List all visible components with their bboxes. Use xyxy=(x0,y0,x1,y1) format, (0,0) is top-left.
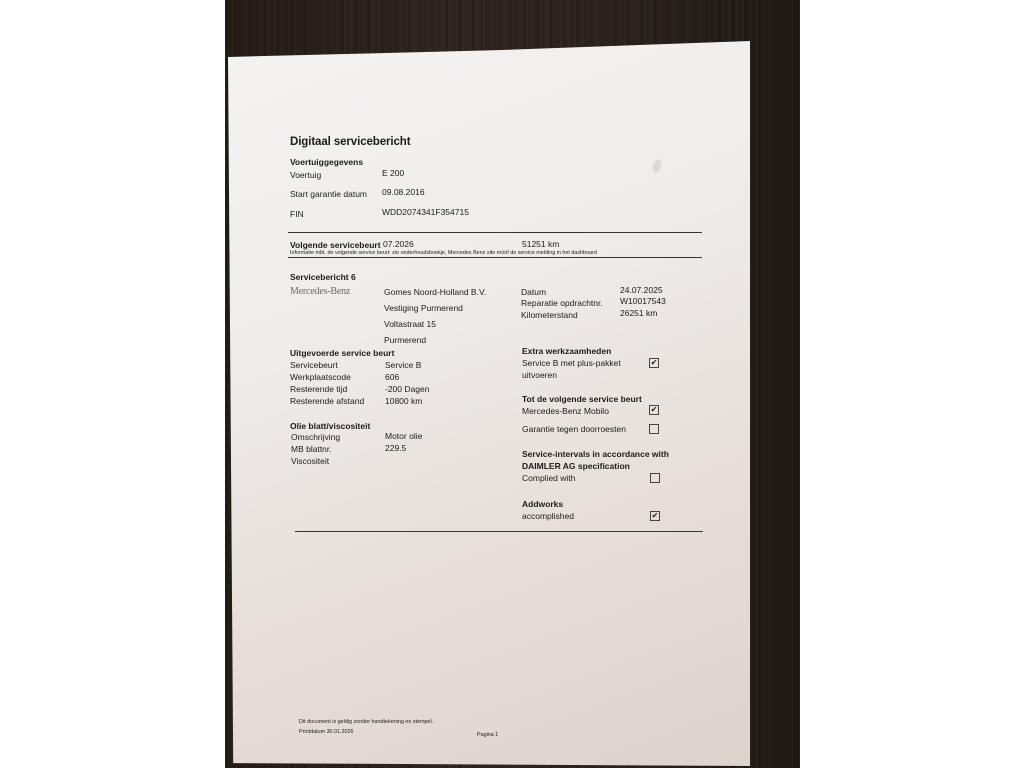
divider-line xyxy=(288,232,702,233)
extra-work-heading: Extra werkzaamheden xyxy=(522,346,611,356)
rust-warranty-checkbox[interactable] xyxy=(649,424,659,434)
rust-warranty-label: Garantie tegen doorroesten xyxy=(522,424,626,434)
workshop-code-value: 606 xyxy=(385,372,399,382)
divider-line xyxy=(295,531,703,532)
report-date-value: 24.07.2025 xyxy=(620,285,663,295)
mb-sheet-number-value: 229.5 xyxy=(385,443,406,453)
workshop-code-label: Werkplaatscode xyxy=(290,372,351,382)
performed-service-heading: Uitgevoerde service beurt xyxy=(290,348,394,358)
viscosity-label: Viscositeit xyxy=(291,456,329,466)
dealer-branch: Vestiging Purmerend xyxy=(384,303,463,313)
remaining-time-value: -200 Dagen xyxy=(385,384,429,394)
report-date-label: Datum xyxy=(521,287,546,297)
next-service-label: Volgende servicebeurt xyxy=(290,240,381,250)
page-number: Pagina 1 xyxy=(477,732,498,738)
service-report-heading: Servicebericht 6 xyxy=(290,272,356,282)
dealer-street: Voltastraat 15 xyxy=(384,319,436,329)
next-service-date: 07.2026 xyxy=(383,239,414,249)
vehicle-value: E 200 xyxy=(382,168,404,178)
service-type-value: Service B xyxy=(385,360,421,370)
divider-line xyxy=(288,257,702,258)
remaining-distance-value: 10800 km xyxy=(385,396,422,406)
until-next-service-heading: Tot de volgende service beurt xyxy=(522,394,642,404)
next-service-distance: 51251 km xyxy=(522,239,559,249)
validity-note: Dit document is geldig zonder handtekeni… xyxy=(299,719,433,725)
warranty-start-value: 09.08.2016 xyxy=(382,187,425,197)
repair-order-value: W10017543 xyxy=(620,296,666,306)
oil-description-label: Omschrijving xyxy=(291,432,340,442)
intervals-heading-line2: DAIMLER AG specification xyxy=(522,461,630,471)
remaining-distance-label: Resterende afstand xyxy=(290,396,364,406)
intervals-heading-line1: Service-intervals in accordance with xyxy=(522,449,669,459)
print-date: Printdatum 30.01.2026 xyxy=(299,729,354,735)
addworks-heading: Addworks xyxy=(522,499,563,509)
paper-smudge xyxy=(651,158,663,174)
complied-with-label: Complied with xyxy=(522,473,575,483)
service-type-label: Servicebeurt xyxy=(290,360,338,370)
extra-work-item-line1: Service B met plus-pakket xyxy=(522,358,621,368)
accomplished-checkbox[interactable]: ✔ xyxy=(650,511,660,521)
warranty-start-label: Start garantie datum xyxy=(290,189,367,199)
fin-label: FIN xyxy=(290,209,304,219)
document-title: Digitaal servicebericht xyxy=(290,136,410,148)
mileage-value: 26251 km xyxy=(620,308,657,318)
fin-value: WDD2074341F354715 xyxy=(382,207,469,217)
extra-work-item-line2: uitvoeren xyxy=(522,370,557,380)
oil-heading: Olie blatt/viscositeit xyxy=(290,421,370,431)
mobilo-label: Mercedes-Benz Mobilo xyxy=(522,406,609,416)
dealer-city: Purmerend xyxy=(384,335,426,345)
next-service-info: Informatie mbt. de volgende service beur… xyxy=(290,250,597,256)
extra-work-checkbox[interactable]: ✔ xyxy=(649,358,659,368)
mileage-label: Kilometerstand xyxy=(521,310,578,320)
mb-sheet-number-label: MB blattnr. xyxy=(291,444,332,454)
mercedes-benz-logo: Mercedes-Benz xyxy=(290,286,350,297)
complied-with-checkbox[interactable] xyxy=(650,473,660,483)
remaining-time-label: Resterende tijd xyxy=(290,384,347,394)
dealer-name: Gomes Noord-Holland B.V. xyxy=(384,287,486,297)
repair-order-label: Reparatie opdrachtnr. xyxy=(521,298,603,308)
service-report-paper: Digitaal servicebericht Voertuiggegevens… xyxy=(228,41,750,766)
vehicle-label: Voertuig xyxy=(290,170,321,180)
accomplished-label: accomplished xyxy=(522,511,574,521)
oil-description-value: Motor olie xyxy=(385,431,422,441)
mobilo-checkbox[interactable]: ✔ xyxy=(649,405,659,415)
vehicle-data-heading: Voertuiggegevens xyxy=(290,157,363,167)
